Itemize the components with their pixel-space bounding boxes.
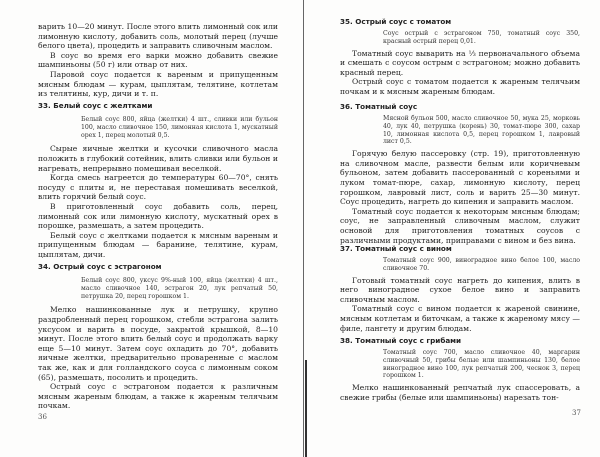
recipe-heading: 38. Томатный соус с грибами	[340, 336, 580, 346]
paragraph: Паровой соус подается к вареным и припущ…	[38, 70, 278, 99]
ingredients-list: Соус острый с эстрагоном 750, томатный с…	[383, 30, 580, 46]
ingredients-list: Томатный соус 700, масло сливочное 40, м…	[383, 349, 580, 380]
recipe-33: 33. Белый соус с желтками Белый соус 800…	[38, 101, 278, 260]
paragraph: Томатный соус выварить на ⅓ первоначальн…	[340, 49, 580, 78]
paragraph: Томатный соус с вином подается к жареной…	[340, 304, 580, 333]
recipe-heading: 37. Томатный соус с вином	[340, 244, 580, 254]
paragraph: Острый соус с томатом подается к жареным…	[340, 77, 580, 96]
paragraph: Готовый томатный соус нагреть до кипения…	[340, 276, 580, 305]
book-gutter-shadow	[305, 360, 307, 457]
intro-text: варить 10—20 минут. После этого влить ли…	[38, 22, 278, 99]
ingredients-list: Белый соус 800, яйца (желтки) 4 шт., сли…	[81, 116, 278, 139]
paragraph: Мелко нашинкованные лук и петрушку, круп…	[38, 305, 278, 382]
recipe-37: 37. Томатный соус с вином Томатный соус …	[340, 244, 580, 333]
paragraph: варить 10—20 минут. После этого влить ли…	[38, 22, 278, 51]
paragraph: Белый соус с желтками подается к мясным …	[38, 231, 278, 260]
ingredients-list: Белый соус 800, уксус 9%-ный 100, яйца (…	[81, 277, 278, 300]
paragraph: Острый соус с эстрагоном подается к разл…	[38, 382, 278, 411]
paragraph: Сырые яичные желтки и кусочки сливочного…	[38, 144, 278, 173]
paragraph: В приготовленный соус добавить соль, пер…	[38, 202, 278, 231]
recipe-heading: 34. Острый соус с эстрагоном	[38, 262, 278, 272]
paragraph: Горячую белую пассеровку (стр. 19), приг…	[340, 149, 580, 207]
recipe-heading: 33. Белый соус с желтками	[38, 101, 278, 111]
recipe-34: 34. Острый соус с эстрагоном Белый соус …	[38, 262, 278, 411]
ingredients-list: Мясной бульон 500, масло сливочное 50, м…	[383, 115, 580, 146]
book-spread: варить 10—20 минут. После этого влить ли…	[0, 0, 600, 457]
page-number: 37	[572, 409, 581, 417]
paragraph: В соус во время его варки можно добавить…	[38, 51, 278, 70]
ingredients-list: Томатный соус 900, виноградное вино бело…	[383, 257, 580, 273]
recipe-heading: 36. Томатный соус	[340, 102, 580, 112]
book-gutter	[303, 0, 304, 457]
paragraph: Мелко нашинкованный репчатый лук спассер…	[340, 383, 580, 402]
recipe-heading: 35. Острый соус с томатом	[340, 17, 580, 27]
paragraph: Когда смесь нагреется до температуры 60—…	[38, 173, 278, 202]
recipe-36: 36. Томатный соус Мясной бульон 500, мас…	[340, 102, 580, 245]
recipe-35: 35. Острый соус с томатом Соус острый с …	[340, 17, 580, 97]
paragraph: Томатный соус подается к некоторым мясны…	[340, 207, 580, 245]
page-number: 36	[38, 413, 47, 421]
recipe-38: 38. Томатный соус с грибами Томатный соу…	[340, 336, 580, 402]
